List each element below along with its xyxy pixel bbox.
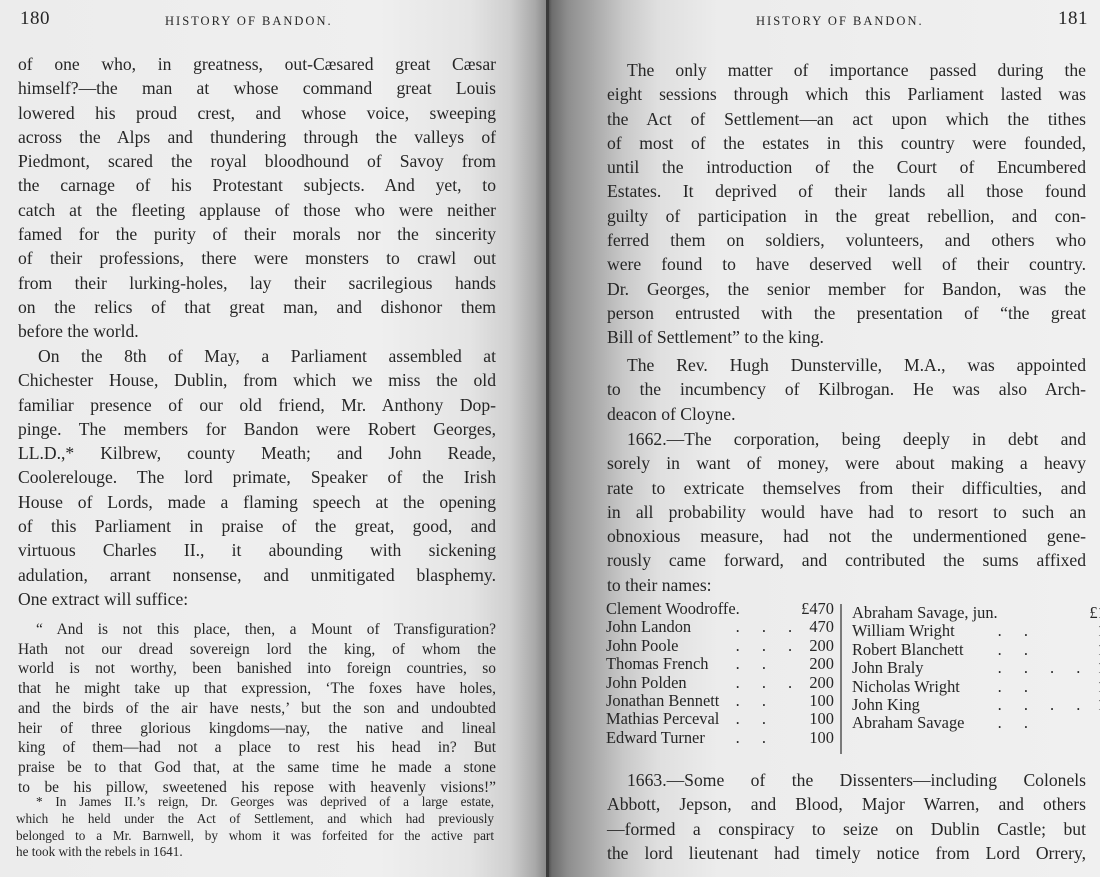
text-line: before the world. xyxy=(18,319,496,343)
text-line: and the birds of the air have nests,’ bu… xyxy=(18,699,496,719)
text-line: of most of the estates in this country w… xyxy=(607,131,1086,155)
text-line: on the relics of that great man, and dis… xyxy=(18,295,496,319)
table-row: John King. . . .100 xyxy=(852,696,1100,714)
right-paragraph-4: 1663.—Some of the Dissenters—including C… xyxy=(607,768,1086,865)
text-line: ferred them on soldiers, volunteers, and… xyxy=(607,228,1086,252)
table-row: Robert Blanchett. .100 xyxy=(852,641,1100,659)
text-line: from their lurking-holes, lay their sacr… xyxy=(18,271,496,295)
table-row: Nicholas Wright. .100 xyxy=(852,678,1100,696)
text-line: king of them—had not a place to rest his… xyxy=(18,738,496,758)
text-line: were found to have deserved well of thei… xyxy=(607,252,1086,276)
text-line: LL.D.,* Kilbrew, county Meath; and John … xyxy=(18,441,496,465)
table-row: Mathias Perceval. .100 xyxy=(606,710,834,728)
right-paragraph-3: 1662.—The corporation, being deeply in d… xyxy=(607,427,1086,597)
text-line: House of Lords, made a flaming speech at… xyxy=(18,490,496,514)
column-divider xyxy=(840,604,842,754)
text-line: * In James II.’s reign, Dr. Georges was … xyxy=(16,794,494,811)
text-line: he took with the rebels in 1641. xyxy=(16,844,494,861)
text-line: sorely in want of money, were about maki… xyxy=(607,451,1086,475)
table-row: Thomas French. .200 xyxy=(606,655,834,673)
text-line: the Act of Settlement—an act upon which … xyxy=(607,107,1086,131)
text-line: obnoxious measure, had not the underment… xyxy=(607,524,1086,548)
text-line: eight sessions through which this Parlia… xyxy=(607,82,1086,106)
text-line: 1662.—The corporation, being deeply in d… xyxy=(607,427,1086,451)
text-line: virtuous Charles II., it abounding with … xyxy=(18,538,496,562)
text-line: which he held under the Act of Settlemen… xyxy=(16,811,494,828)
left-paragraph-1: of one who, in greatness, out-Cæsared gr… xyxy=(18,52,496,344)
text-line: of this Parliament in praise of the grea… xyxy=(18,514,496,538)
table-row: Abraham Savage. .77 xyxy=(852,714,1100,732)
text-line: Dr. Georges, the senior member for Bando… xyxy=(607,277,1086,301)
text-line: heir of three glorious kingdoms—nay, the… xyxy=(18,719,496,739)
text-line: Bill of Settlement” to the king. xyxy=(607,325,1086,349)
text-line: The Rev. Hugh Dunsterville, M.A., was ap… xyxy=(607,353,1086,377)
table-row: Edward Turner. .100 xyxy=(606,729,834,747)
text-line: until the introduction of the Court of E… xyxy=(607,155,1086,179)
text-line: in all probability would have had to res… xyxy=(607,500,1086,524)
text-line: One extract will suffice: xyxy=(18,587,496,611)
text-line: deacon of Cloyne. xyxy=(607,402,1086,426)
table-row: John Landon. . .470 xyxy=(606,618,834,636)
text-line: that he might take up that expression, ‘… xyxy=(18,679,496,699)
book-gutter xyxy=(546,0,549,877)
text-line: himself?—the man at whose command great … xyxy=(18,76,496,100)
text-line: —formed a conspiracy to seize on Dublin … xyxy=(607,817,1086,841)
text-line: Coolerelouge. The lord primate, Speaker … xyxy=(18,465,496,489)
running-title-right: HISTORY OF BANDON. xyxy=(756,14,924,29)
text-line: person entrusted with the presentation o… xyxy=(607,301,1086,325)
page-number-left: 180 xyxy=(20,8,50,30)
text-line: the carnage of his Protestant subjects. … xyxy=(18,173,496,197)
text-line: famed for the purity of their morals nor… xyxy=(18,222,496,246)
table-row: John Braly. . . .100 xyxy=(852,659,1100,677)
text-line: The only matter of importance passed dur… xyxy=(607,58,1086,82)
quoted-extract: “ And is not this place, then, a Mount o… xyxy=(18,620,496,797)
right-page: HISTORY OF BANDON. 181 The only matter o… xyxy=(548,0,1100,877)
footnote: * In James II.’s reign, Dr. Georges was … xyxy=(16,794,494,861)
table-row: William Wright. .100 xyxy=(852,622,1100,640)
page-number-right: 181 xyxy=(1058,8,1088,30)
text-line: guilty of participation in the great reb… xyxy=(607,204,1086,228)
text-line: catch at the fleeting applause of those … xyxy=(18,198,496,222)
right-paragraph-1: The only matter of importance passed dur… xyxy=(607,58,1086,350)
table-row: John Polden. . .200 xyxy=(606,674,834,692)
text-line: rate to extricate themselves from their … xyxy=(607,476,1086,500)
text-line: the lord lieutenant had timely notice fr… xyxy=(607,841,1086,865)
running-title-left: HISTORY OF BANDON. xyxy=(165,14,333,29)
subscribers-table-right: Abraham Savage, jun.£100 William Wright.… xyxy=(852,604,1100,733)
table-row: John Poole. . .200 xyxy=(606,637,834,655)
text-line: Piedmont, scared the royal bloodhound of… xyxy=(18,149,496,173)
left-page: 180 HISTORY OF BANDON. of one who, in gr… xyxy=(0,0,548,877)
table-row: Jonathan Bennett. .100 xyxy=(606,692,834,710)
text-line: pinge. The members for Bandon were Rober… xyxy=(18,417,496,441)
text-line: familiar presence of our old friend, Mr.… xyxy=(18,393,496,417)
text-line: to their names: xyxy=(607,573,1086,597)
text-line: across the Alps and thundering through t… xyxy=(18,125,496,149)
text-line: to the incumbency of Kilbrogan. He was a… xyxy=(607,377,1086,401)
text-line: 1663.—Some of the Dissenters—including C… xyxy=(607,768,1086,792)
table-row: Abraham Savage, jun.£100 xyxy=(852,604,1100,622)
text-line: of one who, in greatness, out-Cæsared gr… xyxy=(18,52,496,76)
left-paragraph-2: On the 8th of May, a Parliament assemble… xyxy=(18,344,496,611)
text-line: lowered his proud crest, and whose voice… xyxy=(18,101,496,125)
text-line: On the 8th of May, a Parliament assemble… xyxy=(18,344,496,368)
text-line: belonged to a Mr. Barnwell, by whom it w… xyxy=(16,828,494,845)
text-line: praise be to that God that, at the same … xyxy=(18,758,496,778)
text-line: of their professions, there were monster… xyxy=(18,246,496,270)
table-row: Clement Woodroffe.£470 xyxy=(606,600,834,618)
text-line: Chichester House, Dublin, from which we … xyxy=(18,368,496,392)
text-line: world is not worthy, been banished into … xyxy=(18,659,496,679)
right-paragraph-2: The Rev. Hugh Dunsterville, M.A., was ap… xyxy=(607,353,1086,426)
text-line: adulation, arrant nonsense, and unmitiga… xyxy=(18,563,496,587)
subscribers-table-left: Clement Woodroffe.£470 John Landon. . .4… xyxy=(606,600,834,747)
text-line: Abbott, Jepson, and Blood, Major Warren,… xyxy=(607,792,1086,816)
text-line: Estates. It deprived of their lands all … xyxy=(607,179,1086,203)
text-line: “ And is not this place, then, a Mount o… xyxy=(18,620,496,640)
text-line: rously came forward, and contributed the… xyxy=(607,548,1086,572)
text-line: Hath not our dread sovereign lord the ki… xyxy=(18,640,496,660)
